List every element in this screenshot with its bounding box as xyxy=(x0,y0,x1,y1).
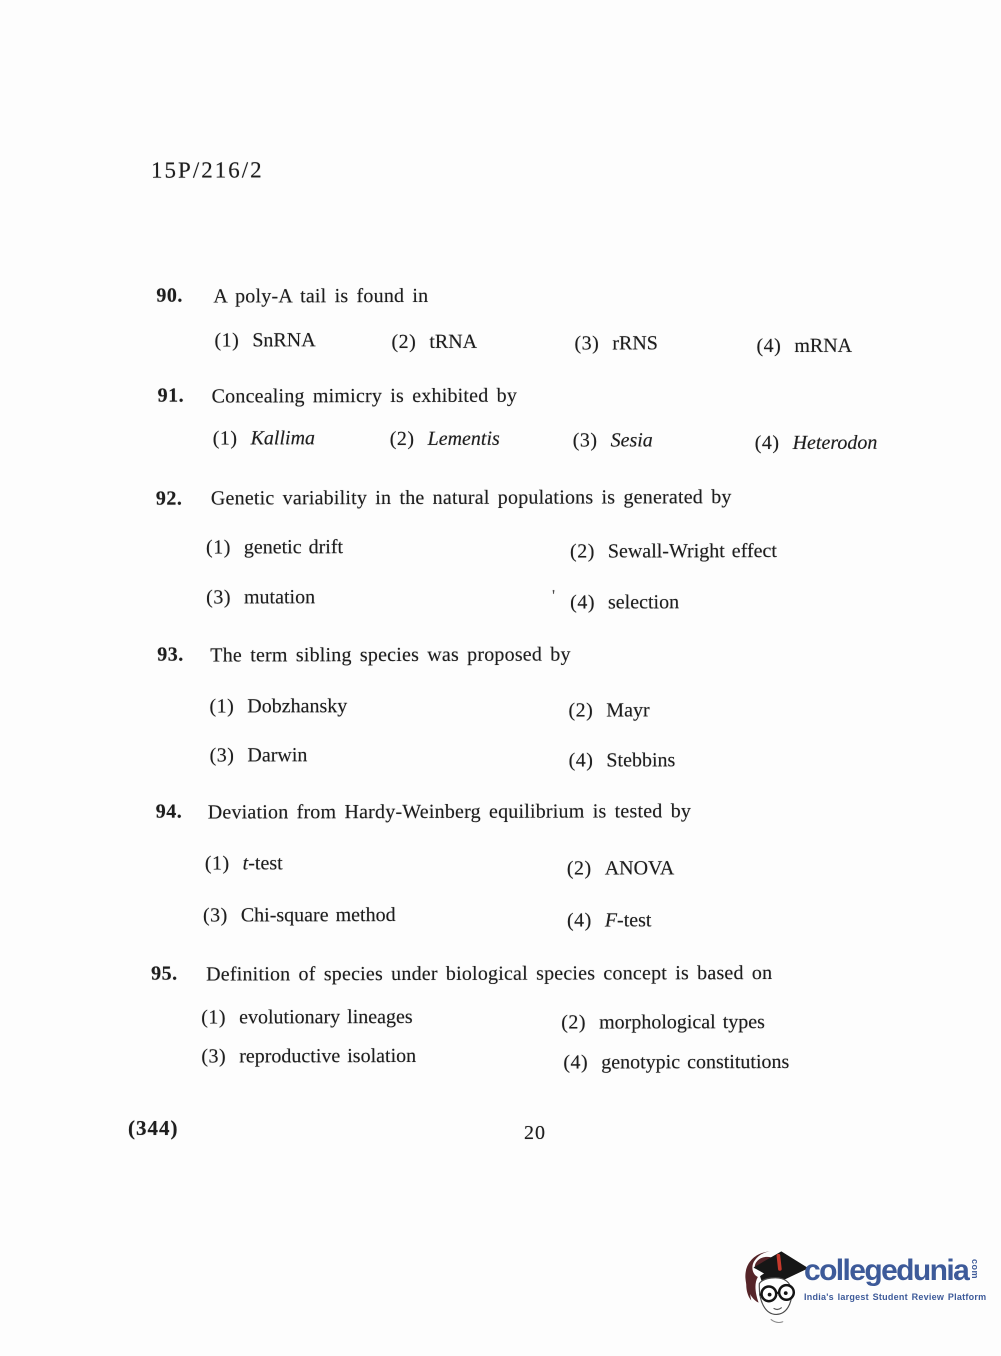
scanned-exam-page: 15P/216/2 90. A poly-A tail is found in … xyxy=(0,0,1001,1356)
option-label: (3) xyxy=(210,744,235,766)
option-text: F-test xyxy=(605,909,652,932)
option-label: (2) xyxy=(568,699,593,721)
brand-tld: com xyxy=(970,1259,979,1279)
option-label: (3) xyxy=(203,904,228,926)
option-label: (1) xyxy=(209,695,234,717)
q92-option-4: (4)selection xyxy=(570,591,679,614)
option-label: (3) xyxy=(201,1045,226,1067)
q92-option-1: (1)genetic drift xyxy=(206,536,343,559)
option-label: (2) xyxy=(390,428,415,450)
option-label: (4) xyxy=(756,335,781,357)
option-text: mRNA xyxy=(794,335,852,358)
option-text: evolutionary lineages xyxy=(239,1006,413,1029)
brand-name: collegedunia xyxy=(804,1256,968,1286)
option-text: mutation xyxy=(244,586,315,609)
brand-row: collegedunia com xyxy=(804,1256,986,1286)
q94-option-4: (4)F-test xyxy=(567,909,652,932)
q90-option-4: (4)mRNA xyxy=(756,335,852,358)
q93-option-3: (3)Darwin xyxy=(210,744,308,767)
q90-stem: A poly-A tail is found in xyxy=(213,285,428,309)
option-label: (3) xyxy=(206,586,231,608)
collegedunia-mascot-icon xyxy=(736,1244,812,1332)
scan-speckle: ' xyxy=(552,588,555,606)
option-label: (3) xyxy=(574,332,599,354)
q93-option-2: (2)Mayr xyxy=(568,699,649,722)
option-label: (2) xyxy=(567,858,592,880)
q91-option-4: (4)Heterodon xyxy=(755,432,878,455)
q91-option-1: (1)Kallima xyxy=(213,427,315,450)
page-content: 15P/216/2 90. A poly-A tail is found in … xyxy=(0,0,1001,1356)
q92-option-3: (3)mutation xyxy=(206,586,315,609)
q94-option-2: (2)ANOVA xyxy=(567,857,675,880)
brand-tagline: India's largest Student Review Platform xyxy=(804,1292,986,1302)
q95-number: 95. xyxy=(151,963,178,986)
q95-option-2: (2)morphological types xyxy=(561,1011,765,1035)
q90-number: 90. xyxy=(156,285,183,308)
option-text: Kallima xyxy=(251,427,316,450)
q90-option-2: (2)tRNA xyxy=(391,331,477,354)
option-label: (1) xyxy=(201,1006,226,1028)
q93-number: 93. xyxy=(157,644,184,667)
option-label: (1) xyxy=(213,427,238,449)
q94-option-1: (1)t-test xyxy=(205,852,283,875)
option-text: Darwin xyxy=(247,744,307,767)
option-label: (4) xyxy=(755,432,780,454)
option-text: Dobzhansky xyxy=(247,695,347,718)
option-text: Sewall-Wright effect xyxy=(608,540,777,563)
q94-stem: Deviation from Hardy-Weinberg equilibriu… xyxy=(208,800,691,824)
option-label: (4) xyxy=(567,910,592,932)
option-text: Chi-square method xyxy=(241,904,396,927)
option-text: tRNA xyxy=(429,331,477,354)
option-label: (1) xyxy=(214,329,239,351)
q93-option-4: (4)Stebbins xyxy=(569,749,676,772)
q94-option-3: (3)Chi-square method xyxy=(203,904,396,928)
option-label: (1) xyxy=(205,852,230,874)
option-text: morphological types xyxy=(599,1011,765,1034)
q93-stem: The term sibling species was proposed by xyxy=(210,644,570,668)
q92-number: 92. xyxy=(156,488,183,511)
option-label: (4) xyxy=(569,749,594,771)
option-label: (4) xyxy=(570,591,595,613)
option-label: (2) xyxy=(570,540,595,562)
q91-number: 91. xyxy=(158,385,185,408)
option-text: selection xyxy=(608,591,679,614)
q91-option-3: (3)Sesia xyxy=(573,429,653,452)
option-text: Mayr xyxy=(606,699,649,722)
option-label: (4) xyxy=(563,1052,588,1074)
q95-stem: Definition of species under biological s… xyxy=(206,962,772,986)
option-text: Sesia xyxy=(611,429,653,452)
collegedunia-watermark: collegedunia com India's largest Student… xyxy=(736,1242,986,1332)
option-label: (1) xyxy=(206,536,231,558)
option-text: genotypic constitutions xyxy=(601,1051,789,1074)
q91-stem: Concealing mimicry is exhibited by xyxy=(212,385,517,409)
q95-option-3: (3)reproductive isolation xyxy=(201,1045,416,1069)
option-text: Heterodon xyxy=(793,432,878,455)
q92-option-2: (2)Sewall-Wright effect xyxy=(570,540,777,564)
q95-option-4: (4)genotypic constitutions xyxy=(563,1051,789,1075)
option-text: ANOVA xyxy=(605,857,675,880)
option-text: t-test xyxy=(243,852,283,875)
option-label: (2) xyxy=(391,331,416,353)
paper-code: 15P/216/2 xyxy=(151,157,264,183)
option-label: (2) xyxy=(561,1012,586,1034)
q90-option-1: (1)SnRNA xyxy=(214,329,315,352)
option-text: reproductive isolation xyxy=(239,1045,416,1068)
option-label: (3) xyxy=(573,429,598,451)
logo-text-column: collegedunia com India's largest Student… xyxy=(804,1256,986,1302)
option-text: Stebbins xyxy=(606,749,675,772)
option-text: rRNS xyxy=(612,332,658,355)
q92-stem: Genetic variability in the natural popul… xyxy=(211,486,732,510)
q91-option-2: (2)Lementis xyxy=(390,428,500,451)
option-text: SnRNA xyxy=(252,329,315,352)
q93-option-1: (1)Dobzhansky xyxy=(209,695,347,718)
option-text: Lementis xyxy=(428,428,500,451)
booklet-number: (344) xyxy=(128,1116,179,1141)
option-text: genetic drift xyxy=(244,536,343,559)
q95-option-1: (1)evolutionary lineages xyxy=(201,1006,413,1030)
q94-number: 94. xyxy=(156,801,183,824)
q90-option-3: (3)rRNS xyxy=(574,332,657,355)
page-number: 20 xyxy=(524,1122,546,1145)
